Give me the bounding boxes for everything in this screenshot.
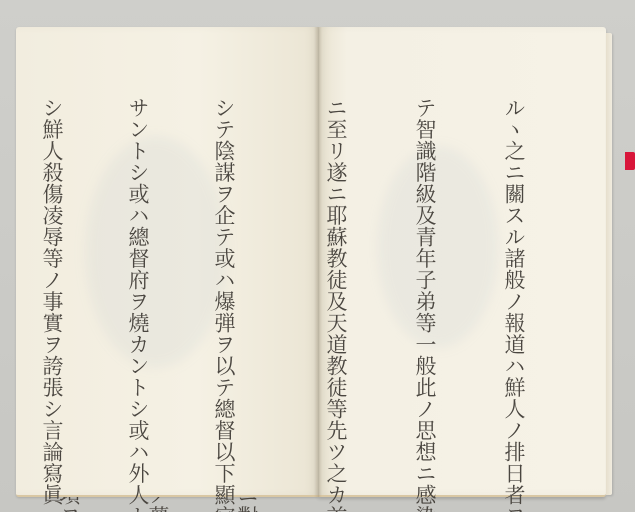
- open-book: ルヽ之ニ關スル諸般ノ報道ハ鮮人ノ排日者ヲ刺戟シ學 テ智識階級及青年子弟等一般此ノ…: [16, 27, 614, 497]
- left-page: シテ陰謀ヲ企テ或ハ爆弾ヲ以テ總督以下顯官ヲ斃 サントシ或ハ總督府ヲ燒カントシ或ハ…: [16, 27, 318, 497]
- book-gutter: [314, 27, 322, 497]
- text-column: ニ至リ遂ニ耶蘇教徒及天道教徒等先ツ之カ首唱ト: [322, 97, 350, 497]
- text-column: ルヽ之ニ關スル諸般ノ報道ハ鮮人ノ排日者ヲ刺戟シ學: [500, 97, 528, 497]
- right-page: ルヽ之ニ關スル諸般ノ報道ハ鮮人ノ排日者ヲ刺戟シ學 テ智識階級及青年子弟等一般此ノ…: [318, 27, 606, 497]
- bookmark-tab: [625, 152, 635, 170]
- text-column: シ鮮人殺傷凌辱等ノ事實ヲ誇張シ言論寫眞: [38, 97, 66, 497]
- text-column: テ智識階級及青年子弟等一般此ノ思想ニ感染スル: [411, 97, 439, 497]
- text-column: サントシ或ハ總督府ヲ燒カントシ或ハ外人ト氣脈ヲ通: [124, 97, 152, 497]
- text-column: シテ陰謀ヲ企テ或ハ爆弾ヲ以テ總督以下顯官ヲ斃: [210, 97, 238, 497]
- right-page-text: ルヽ之ニ關スル諸般ノ報道ハ鮮人ノ排日者ヲ刺戟シ學 テ智識階級及青年子弟等一般此ノ…: [294, 97, 584, 497]
- page-edge: [606, 33, 612, 495]
- left-page-text: シテ陰謀ヲ企テ或ハ爆弾ヲ以テ總督以下顯官ヲ斃 サントシ或ハ總督府ヲ燒カントシ或ハ…: [4, 97, 294, 497]
- document-scan: ルヽ之ニ關スル諸般ノ報道ハ鮮人ノ排日者ヲ刺戟シ學 テ智識階級及青年子弟等一般此ノ…: [0, 0, 635, 512]
